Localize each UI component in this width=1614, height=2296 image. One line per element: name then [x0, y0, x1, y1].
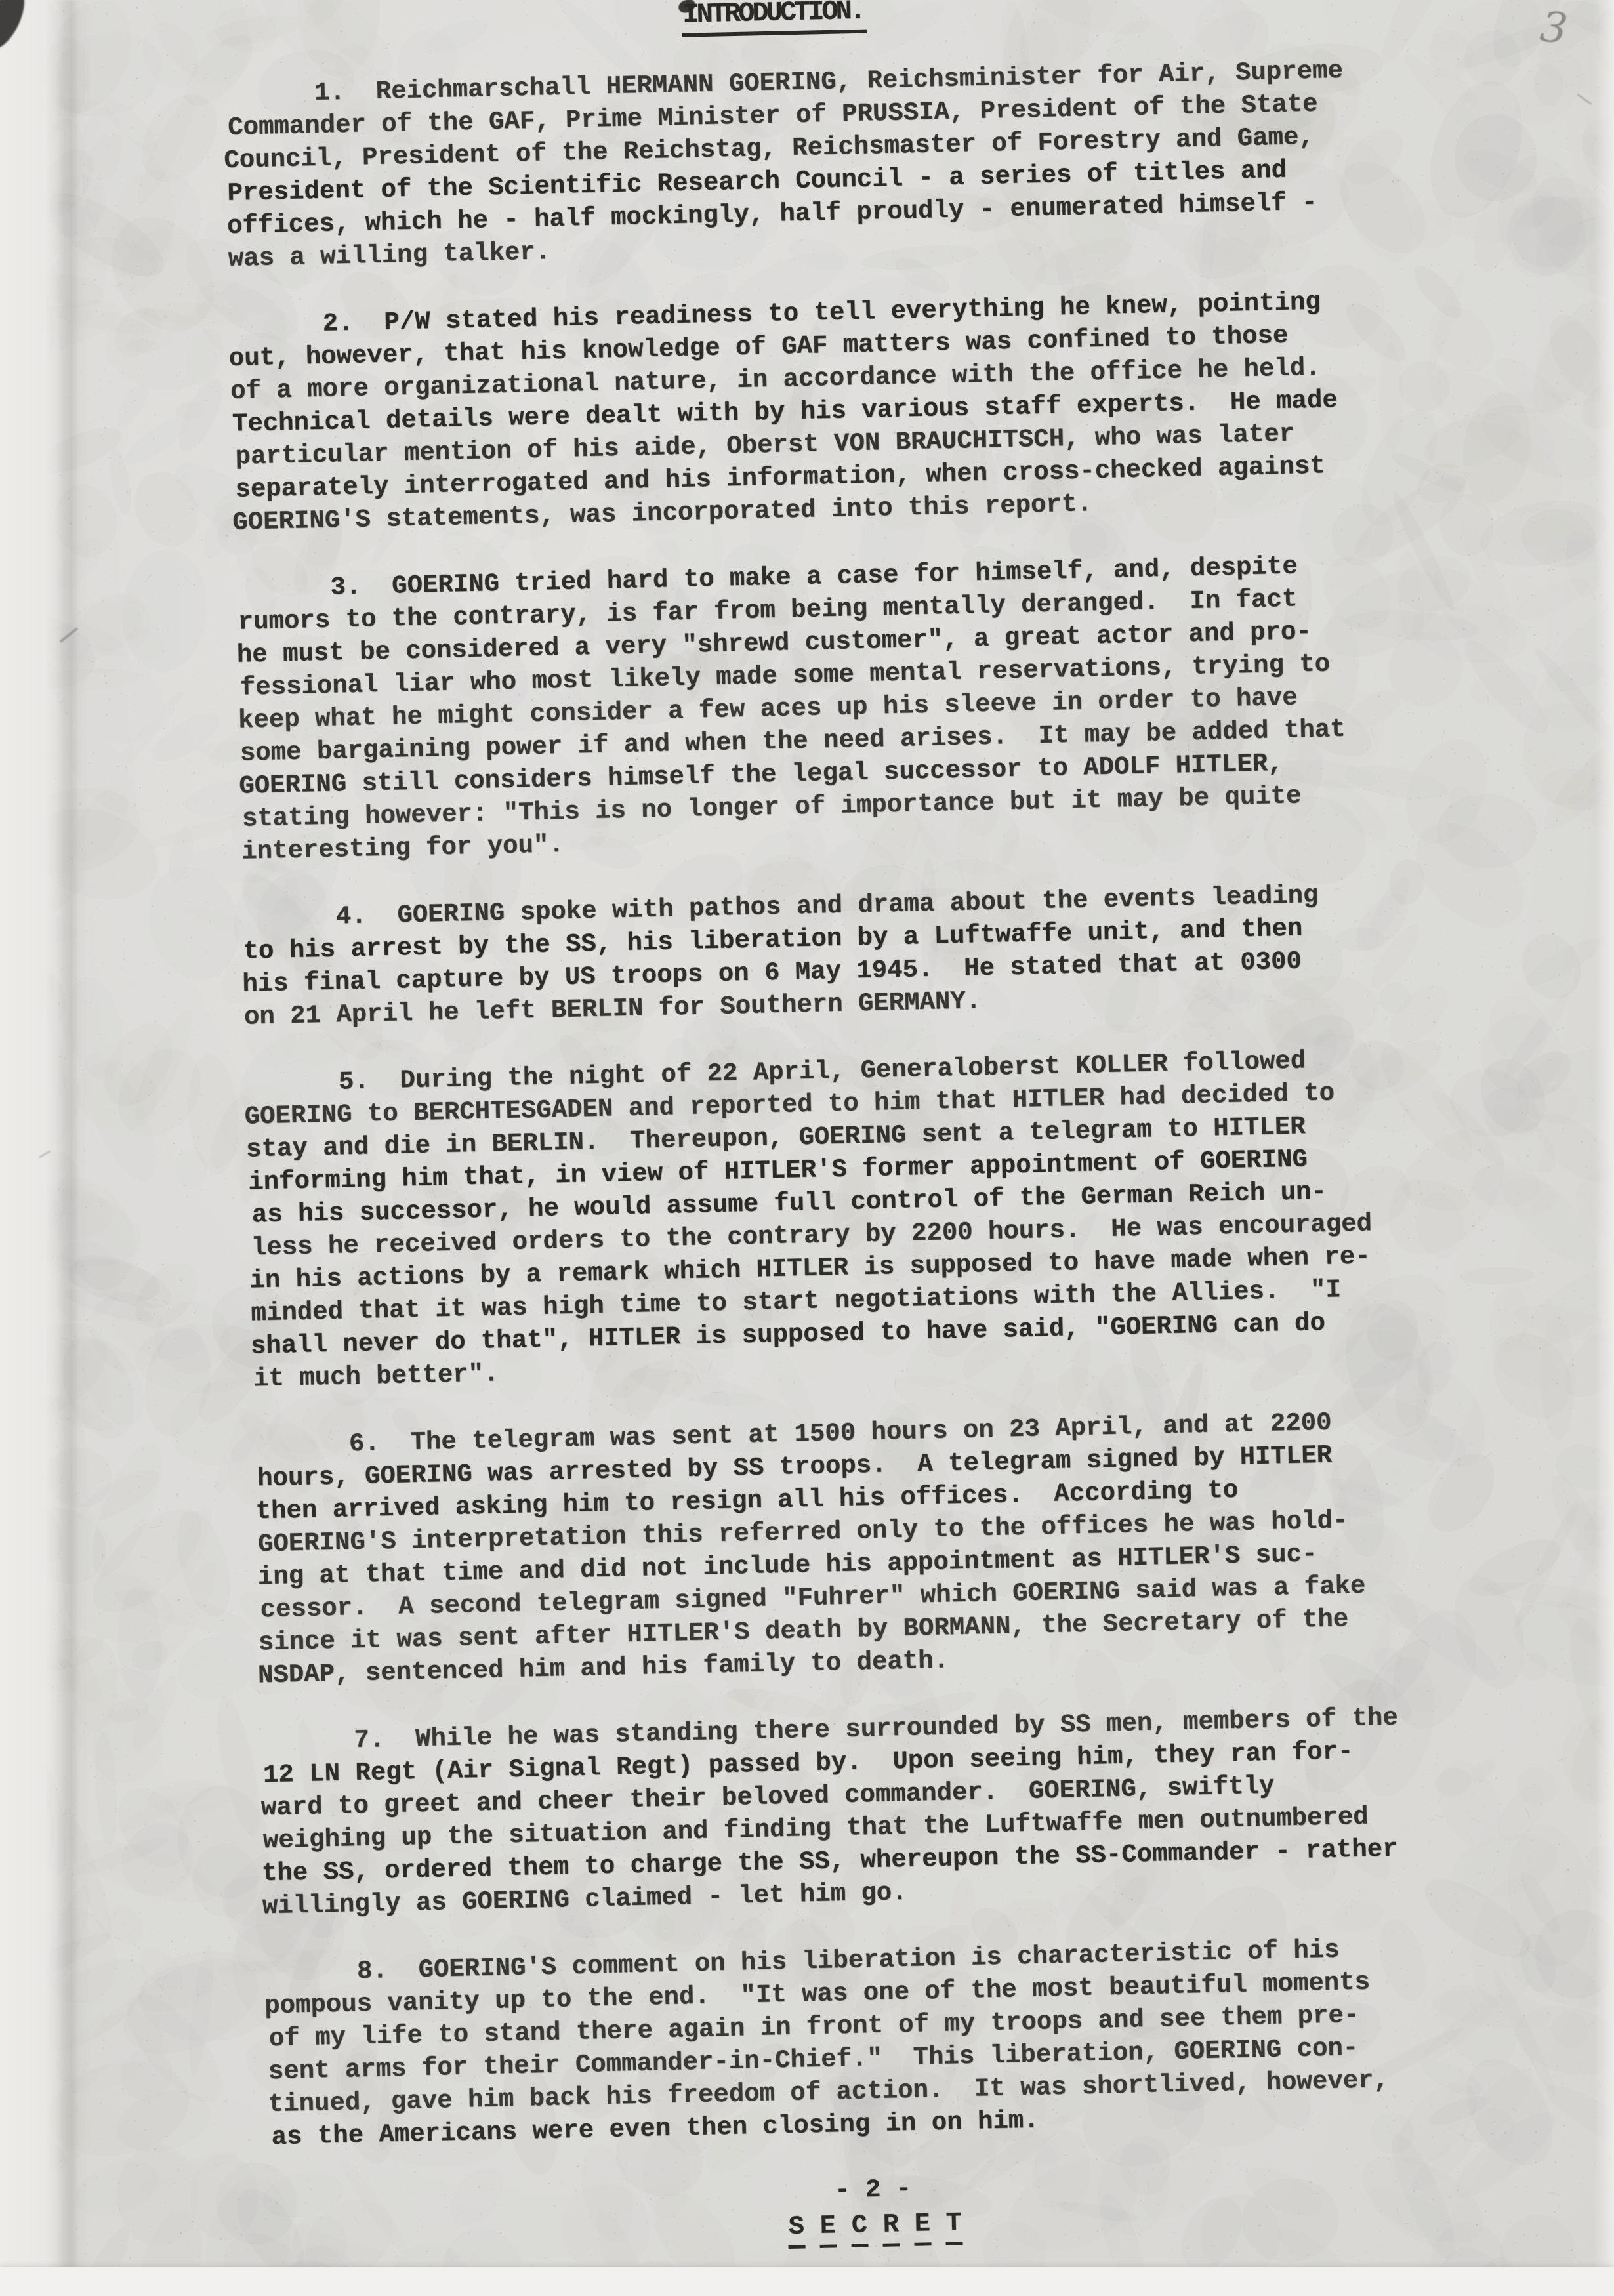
- text-line: was a willing talker.: [228, 236, 550, 276]
- pencil-mark: [59, 627, 78, 643]
- classification-letter: S: [787, 2213, 805, 2249]
- paper-edge-right: [1594, 0, 1614, 2296]
- classification-letter: E: [819, 2212, 837, 2248]
- typewritten-content: INTRODUCTION. 1. Reichmarschall HERMANN …: [223, 0, 1426, 2260]
- paragraph-2: 2. P/W stated his readiness to tell ever…: [230, 284, 1389, 539]
- document-body: 1. Reichmarschall HERMANN GOERING, Reich…: [224, 54, 1424, 2154]
- scan-corner-artifact: [0, 0, 33, 54]
- text-line: it much better".: [253, 1357, 499, 1395]
- paragraph-1: 1. Reichmarschall HERMANN GOERING, Reich…: [224, 54, 1383, 276]
- paper-fold-seam: [56, 0, 89, 2296]
- scanned-document-page: 3 INTRODUCTION. 1. Reichmarschall HERMAN…: [0, 0, 1614, 2296]
- title-row: INTRODUCTION.: [223, 0, 1378, 43]
- paragraph-7: 7. While he was standing there surrounde…: [260, 1701, 1419, 1923]
- paragraph-6: 6. The telegram was sent at 1500 hours o…: [254, 1404, 1414, 1692]
- classification-letter: R: [882, 2211, 900, 2247]
- paper-edge-left: [0, 0, 63, 2296]
- paragraph-4: 4. GOERING spoke with pathos and drama a…: [243, 877, 1400, 1033]
- classification-letter: E: [913, 2210, 931, 2246]
- classification-letter: C: [850, 2211, 868, 2247]
- paragraph-5: 5. During the night of 22 April, General…: [246, 1042, 1407, 1395]
- pencil-mark: [1577, 94, 1592, 105]
- classification-letter: T: [945, 2209, 962, 2245]
- handwritten-page-mark: 3: [1538, 3, 1570, 54]
- paragraph-3: 3. GOERING tried hard to make a case for…: [236, 548, 1396, 868]
- paper-edge-bottom: [0, 2267, 1614, 2296]
- paragraph-8: 8. GOERING'S comment on his liberation i…: [266, 1932, 1424, 2154]
- pencil-mark: [39, 1150, 51, 1158]
- text-line: interesting for you".: [241, 829, 564, 869]
- page-title: INTRODUCTION.: [681, 0, 867, 37]
